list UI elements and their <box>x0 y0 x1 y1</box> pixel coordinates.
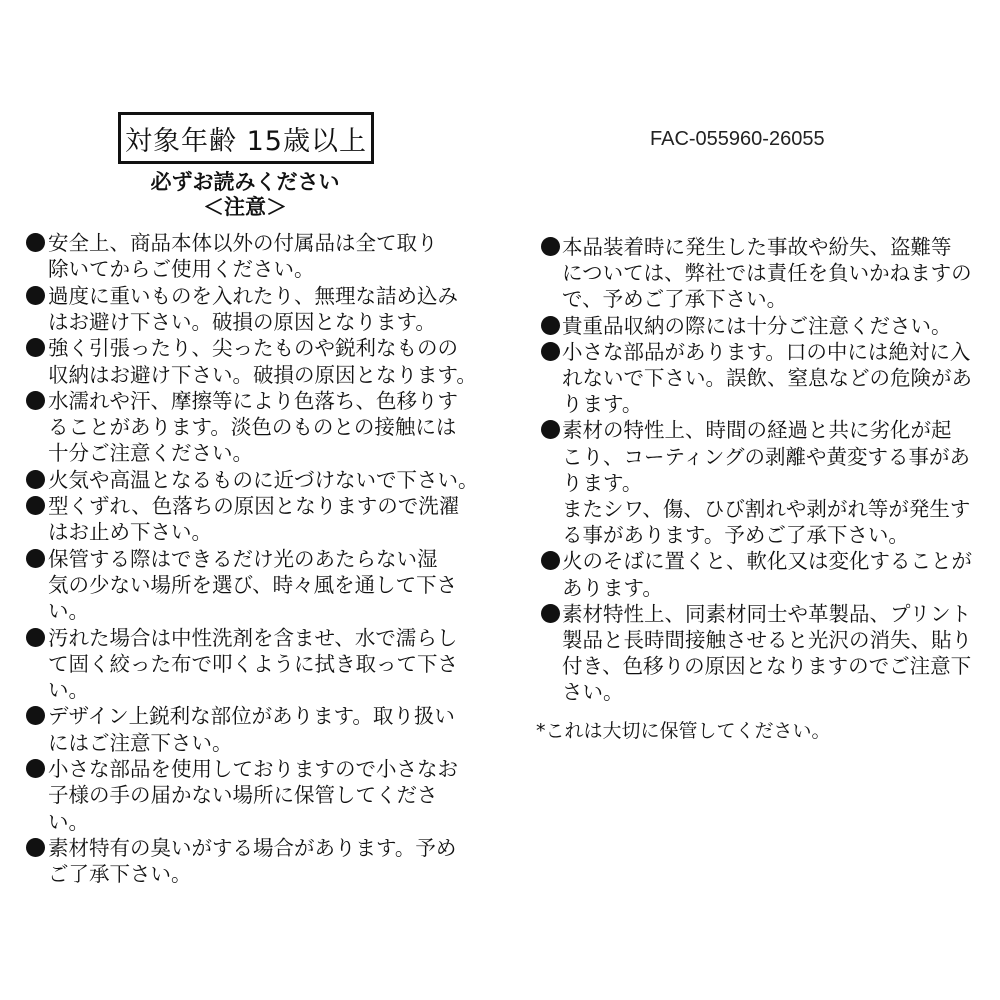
caution-line: で、予めご了承下さい。 <box>562 286 787 312</box>
caution-line: こり、コーティングの剥離や黄変する事があ <box>562 444 970 470</box>
caution-line: い。 <box>48 598 89 624</box>
caution-line: 素材特有の臭いがする場合があります。予め <box>48 835 456 861</box>
bullet-icon <box>541 604 560 623</box>
caution-line: またシワ、傷、ひび割れや剥がれ等が発生す <box>562 496 970 522</box>
caution-line: はお避け下さい。破損の原因となります。 <box>48 309 436 335</box>
caution-line: 水濡れや汗、摩擦等により色落ち、色移りす <box>48 388 458 414</box>
caution-line: については、弊社では責任を負いかねますの <box>562 260 972 286</box>
caution-line: 貴重品収納の際には十分ご注意ください。 <box>562 313 952 339</box>
caution-line: にはご注意下さい。 <box>48 730 233 756</box>
caution-line: い。 <box>48 809 89 835</box>
caution-line: 安全上、商品本体以外の付属品は全て取り <box>48 230 438 256</box>
caution-line: 小さな部品を使用しておりますので小さなお <box>48 756 458 782</box>
caution-line: 収納はお避け下さい。破損の原因となります。 <box>48 362 477 388</box>
caution-line: 過度に重いものを入れたり、無理な詰め込み <box>48 283 458 309</box>
bullet-icon <box>26 470 45 489</box>
bullet-icon <box>541 551 560 570</box>
caution-line: い。 <box>48 677 89 703</box>
age-restriction-label: 対象年齢 15歳以上 <box>125 119 367 158</box>
caution-line: 型くずれ、色落ちの原因となりますので洗濯 <box>48 493 459 519</box>
caution-line: 汚れた場合は中性洗剤を含ませ、水で濡らし <box>48 625 457 651</box>
caution-line: 火のそばに置くと、軟化又は変化することが <box>562 548 972 574</box>
bullet-icon <box>26 549 45 568</box>
caution-line: 小さな部品があります。口の中には絶対に入 <box>562 339 970 365</box>
bullet-icon <box>26 628 45 647</box>
caution-line: 素材の特性上、時間の経過と共に劣化が起 <box>562 417 952 443</box>
caution-line: 強く引張ったり、尖ったものや鋭利なものの <box>48 335 458 361</box>
bullet-icon <box>541 420 560 439</box>
footnote: *これは大切に保管してください。 <box>536 718 831 744</box>
bullet-icon <box>26 759 45 778</box>
product-code: FAC-055960-26055 <box>650 128 825 151</box>
bullet-icon <box>26 286 45 305</box>
caution-line: 子様の手の届かない場所に保管してくださ <box>48 782 438 808</box>
bullet-icon <box>26 496 45 515</box>
age-restriction-box: 対象年齢 15歳以上 <box>118 112 374 164</box>
caution-line: ご了承下さい。 <box>48 861 192 887</box>
bullet-icon <box>26 233 45 252</box>
caution-line: デザイン上鋭利な部位があります。取り扱い <box>48 703 455 729</box>
bullet-icon <box>26 838 45 857</box>
caution-line: さい。 <box>562 679 624 705</box>
caution-heading: ＜注意＞ <box>100 195 390 219</box>
bullet-icon <box>26 706 45 725</box>
caution-line: 素材特性上、同素材同士や革製品、プリント <box>562 601 971 627</box>
caution-line: 気の少ない場所を選び、時々風を通して下さ <box>48 572 457 598</box>
bullet-icon <box>541 342 560 361</box>
bullet-icon <box>26 391 45 410</box>
caution-line: 本品装着時に発生した事故や紛失、盗難等 <box>562 234 952 260</box>
caution-line: 除いてからご使用ください。 <box>48 256 315 282</box>
caution-line: 火気や高温となるものに近づけないで下さい。 <box>48 467 479 493</box>
caution-line: 製品と長時間接触させると光沢の消失、貼り <box>562 627 972 653</box>
caution-line: 保管する際はできるだけ光のあたらない湿 <box>48 546 438 572</box>
caution-line: る事があります。予めご了承下さい。 <box>562 522 909 548</box>
bullet-icon <box>541 237 560 256</box>
caution-line: ります。 <box>562 470 642 496</box>
read-notice-title: 必ずお読みください <box>100 170 390 194</box>
caution-line: あります。 <box>562 575 663 601</box>
caution-line: 十分ご注意ください。 <box>48 440 253 466</box>
bullet-icon <box>541 316 560 335</box>
caution-line: ることがあります。淡色のものとの接触には <box>48 414 456 440</box>
caution-line: れないで下さい。誤飲、窒息などの危険があ <box>562 365 972 391</box>
caution-line: はお止め下さい。 <box>48 519 212 545</box>
caution-line: 付き、色移りの原因となりますのでご注意下 <box>562 653 971 679</box>
caution-line: ります。 <box>562 391 642 417</box>
bullet-icon <box>26 338 45 357</box>
caution-line: て固く絞った布で叩くように拭き取って下さ <box>48 651 458 677</box>
